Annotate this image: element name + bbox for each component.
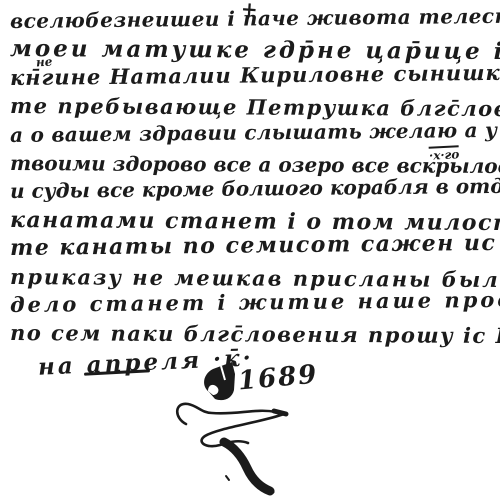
manuscript-line: вселюбезнеишеи і паче живота телесного д… bbox=[10, 2, 499, 36]
manuscript-page: + вселюбезнеишеи і паче живота телесного… bbox=[0, 0, 500, 498]
manuscript-line: по сем паки блгс̄ловения прошу іс Пересл… bbox=[10, 319, 499, 350]
manuscript-text: вселюбезнеишеи і паче живота телесного д… bbox=[10, 7, 499, 348]
manuscript-line: кн̄гине Наталии Кириловне сынишка твои в… bbox=[10, 59, 499, 93]
manuscript-line: а о вашем здравии слышать желаю а у нас … bbox=[10, 115, 499, 149]
flourish-strokes bbox=[150, 388, 350, 496]
manuscript-line: дело станет і житие наше продолжитца bbox=[10, 286, 499, 320]
signature-flourish bbox=[150, 388, 350, 496]
marginal-note: ·х·го bbox=[429, 145, 460, 162]
interlinear-note: не bbox=[36, 55, 53, 68]
manuscript-line: те канаты по семисот сажен ис Пушкарског… bbox=[10, 229, 499, 263]
manuscript-line: и суды все кроме болшого корабля в отдел… bbox=[10, 172, 499, 206]
